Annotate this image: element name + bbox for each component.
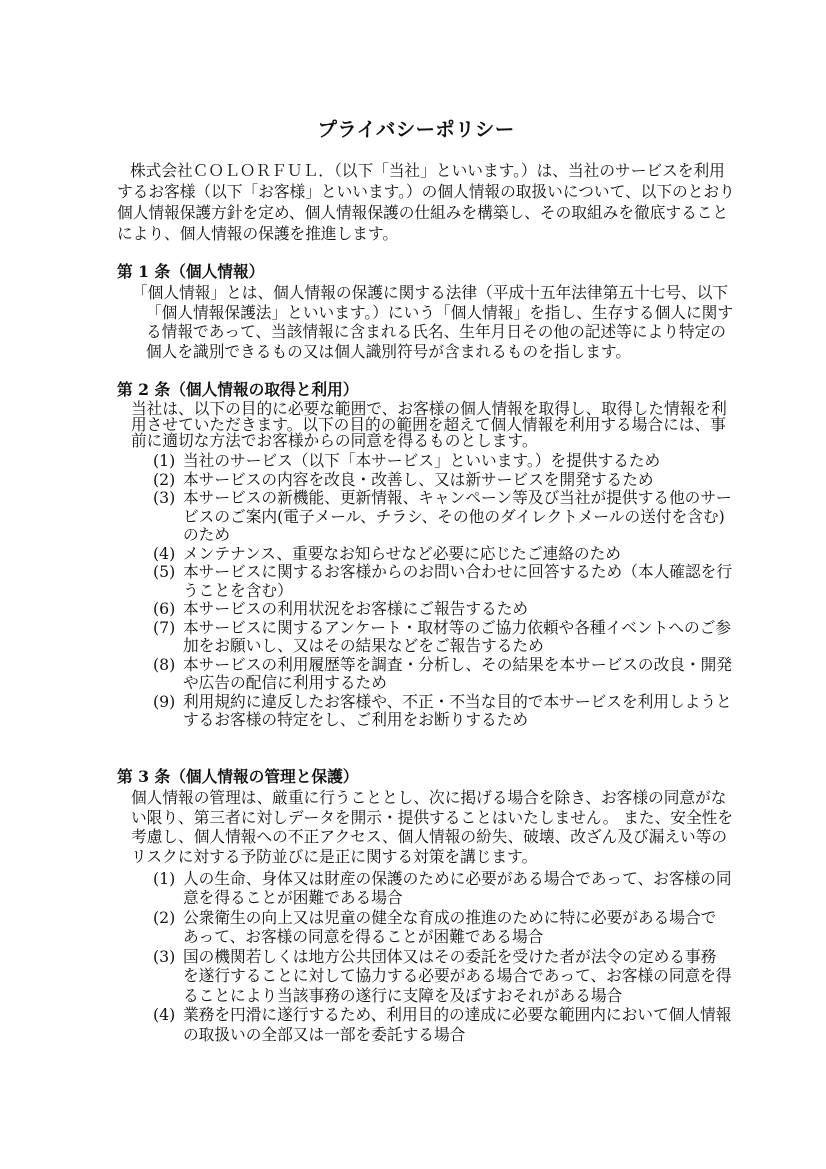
item-text: するお客様の特定をし、ご利用をお断りするため — [183, 711, 732, 730]
text-line: 株式会社ＣＯＬＯＲＦＵＬ．（以下「当社」といいます。）は、当社のサービスを利用 — [117, 160, 735, 181]
item-text: 人の生命、身体又は財産の保護のために必要がある場合であって、お客様の同 — [183, 869, 732, 889]
item-text: あって、お客様の同意を得ることが困難である場合 — [183, 927, 716, 947]
item-text: や広告の配信に利用するため — [183, 674, 732, 693]
article-3-heading: 第 3 条（個人情報の管理と保護） — [117, 767, 358, 787]
item-text: 本サービスの利用履歴等を調査・分析し、その結果を本サービスの改良・開発 — [183, 656, 732, 675]
text-line: 前に適切な方法でお客様からの同意を得るものとします。 — [131, 433, 727, 449]
article-2-body: 当社は、以下の目的に必要な範囲で、お客様の個人情報を取得し、取得した情報を利 用… — [131, 401, 727, 449]
item-number: (4) — [153, 545, 183, 564]
list-item: (1) 当社のサービス（以下「本サービス」といいます。）を提供するため — [153, 452, 732, 471]
item-number: (3) — [153, 947, 183, 967]
item-text: 意を得ることが困難である場合 — [183, 888, 732, 908]
page-title: プライバシーポリシー — [0, 119, 826, 141]
list-item: (2) 公衆衛生の向上又は児童の健全な育成の推進のために特に必要がある場合で あ… — [153, 908, 732, 947]
article-1-body: 「個人情報」とは、個人情報の保護に関する法律（平成十五年法律第五十七号、以下 「… — [132, 283, 733, 362]
intro-paragraph: 株式会社ＣＯＬＯＲＦＵＬ．（以下「当社」といいます。）は、当社のサービスを利用 … — [117, 160, 735, 244]
item-text: 公衆衛生の向上又は児童の健全な育成の推進のために特に必要がある場合で — [183, 908, 716, 928]
text-line: 「個人情報保護法」といいます。）にいう「個人情報」を指し、生存する個人に関す — [132, 303, 733, 323]
item-number: (4) — [153, 1005, 183, 1025]
item-text: 本サービスの利用状況をお客様にご報告するため — [183, 600, 528, 619]
item-number: (6) — [153, 600, 183, 619]
document-page: プライバシーポリシー 株式会社ＣＯＬＯＲＦＵＬ．（以下「当社」といいます。）は、… — [0, 0, 826, 1169]
list-item: (8) 本サービスの利用履歴等を調査・分析し、その結果を本サービスの改良・開発 … — [153, 656, 732, 693]
item-number: (9) — [153, 693, 183, 712]
list-item: (4) 業務を円滑に遂行するため、利用目的の達成に必要な範囲内において個人情報 … — [153, 1005, 732, 1044]
item-text: 本サービスの新機能、更新情報、キャンペーン等及び当社が提供する他のサー — [183, 489, 732, 508]
text-line: 個人情報の管理は、厳重に行うこととし、次に掲げる場合を除き、お客様の同意がな — [131, 788, 733, 808]
list-item: (3) 国の機関若しくは地方公共団体又はその委託を受けた者が法令の定める事務 を… — [153, 947, 732, 1006]
item-text: 本サービスに関するアンケート・取材等のご協力依頼や各種イベントへのご参 — [183, 619, 731, 638]
item-number: (1) — [153, 452, 183, 471]
list-item: (6) 本サービスの利用状況をお客様にご報告するため — [153, 600, 732, 619]
item-text: ビスのご案内(電子メール、チラシ、その他のダイレクトメールの送付を含む) — [183, 508, 732, 527]
list-item: (2) 本サービスの内容を改良・改善し、又は新サービスを開発するため — [153, 471, 732, 490]
item-number: (2) — [153, 471, 183, 490]
item-text: メンテナンス、重要なお知らせなど必要に応じたご連絡のため — [183, 545, 621, 564]
item-text: 当社のサービス（以下「本サービス」といいます。）を提供するため — [183, 452, 660, 471]
list-item: (5) 本サービスに関するお客様からのお問い合わせに回答するため（本人確認を行 … — [153, 563, 732, 600]
text-line: 個人を識別できるもの又は個人識別符号が含まれるものを指します。 — [132, 342, 733, 362]
text-line: するお客様（以下「お客様」といいます。）の個人情報の取扱いについて、以下のとおり — [117, 181, 735, 202]
list-item: (4) メンテナンス、重要なお知らせなど必要に応じたご連絡のため — [153, 545, 732, 564]
list-item: (1) 人の生命、身体又は財産の保護のために必要がある場合であって、お客様の同 … — [153, 869, 732, 908]
text-line: い限り、第三者に対しデータを開示・提供することはいたしません。 また、安全性を — [131, 808, 733, 828]
item-number: (2) — [153, 908, 183, 928]
list-item: (9) 利用規約に違反したお客様や、不正・不当な目的で本サービスを利用しようと … — [153, 693, 732, 730]
item-number: (7) — [153, 619, 183, 638]
item-text: 利用規約に違反したお客様や、不正・不当な目的で本サービスを利用しようと — [183, 693, 732, 712]
article-2-heading: 第 2 条（個人情報の取得と利用） — [117, 380, 358, 400]
item-text: 国の機関若しくは地方公共団体又はその委託を受けた者が法令の定める事務 — [183, 947, 732, 967]
item-text: のため — [183, 526, 732, 545]
list-item: (7) 本サービスに関するアンケート・取材等のご協力依頼や各種イベントへのご参 … — [153, 619, 732, 656]
text-line: 考慮し、個人情報への不正アクセス、個人情報の紛失、破壊、改ざん及び漏えい等の — [131, 827, 733, 847]
list-item: (3) 本サービスの新機能、更新情報、キャンペーン等及び当社が提供する他のサー … — [153, 489, 732, 545]
item-text: 本サービスの内容を改良・改善し、又は新サービスを開発するため — [183, 471, 654, 490]
item-text: うことを含む） — [183, 582, 732, 601]
item-number: (5) — [153, 563, 183, 582]
text-line: リスクに対する予防並びに是正に関する対策を講じます。 — [131, 847, 733, 867]
item-text: ることにより当該事務の遂行に支障を及ぼすおそれがある場合 — [183, 986, 732, 1006]
text-line: 「個人情報」とは、個人情報の保護に関する法律（平成十五年法律第五十七号、以下 — [132, 283, 733, 303]
text-line: る情報であって、当該情報に含まれる氏名、生年月日その他の記述等により特定の — [132, 322, 733, 342]
item-number: (3) — [153, 489, 183, 508]
article-3-body: 個人情報の管理は、厳重に行うこととし、次に掲げる場合を除き、お客様の同意がな い… — [131, 788, 733, 866]
article-2-list: (1) 当社のサービス（以下「本サービス」といいます。）を提供するため (2) … — [153, 452, 732, 730]
text-line: により、個人情報の保護を推進します。 — [117, 223, 735, 244]
item-text: 本サービスに関するお客様からのお問い合わせに回答するため（本人確認を行 — [183, 563, 732, 582]
text-line: 個人情報保護方針を定め、個人情報保護の仕組みを構築し、その取組みを徹底すること — [117, 202, 735, 223]
item-text: 業務を円滑に遂行するため、利用目的の達成に必要な範囲内において個人情報 — [183, 1005, 731, 1025]
article-3-list: (1) 人の生命、身体又は財産の保護のために必要がある場合であって、お客様の同 … — [153, 869, 732, 1045]
item-number: (1) — [153, 869, 183, 889]
item-number: (8) — [153, 656, 183, 675]
item-text: 加をお願いし、又はその結果などをご報告するため — [183, 637, 731, 656]
item-text: の取扱いの全部又は一部を委託する場合 — [183, 1025, 731, 1045]
article-1-heading: 第 1 条（個人情報） — [117, 262, 264, 282]
item-text: を遂行することに対して協力する必要がある場合であって、お客様の同意を得 — [183, 966, 732, 986]
